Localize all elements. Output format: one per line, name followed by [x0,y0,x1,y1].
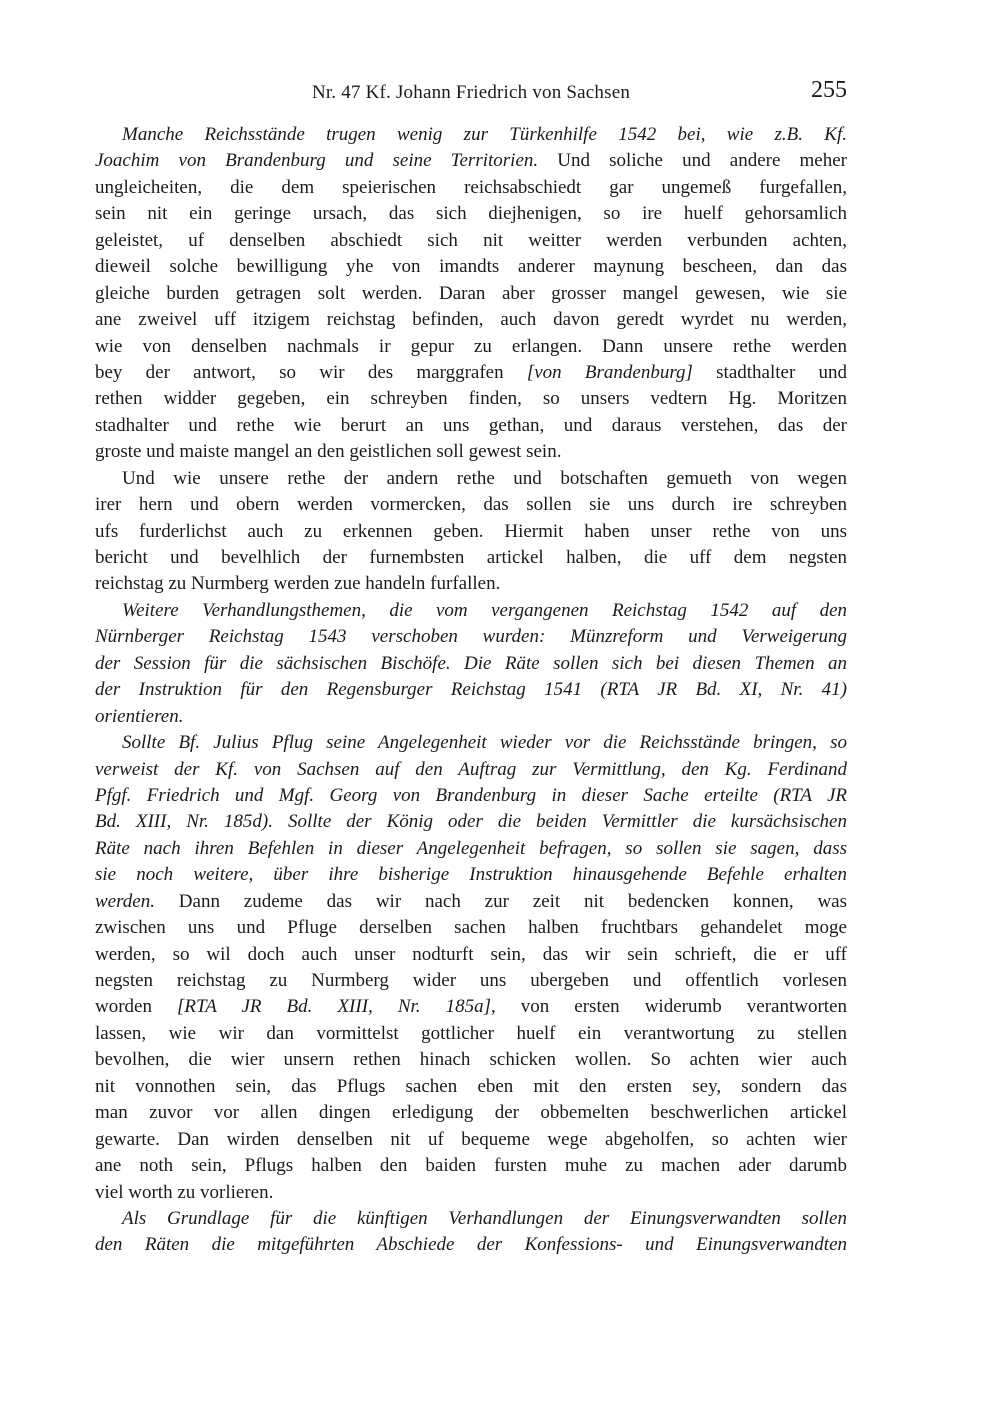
italic-text-segment: werden. [95,891,155,912]
text-line: bericht und bevelhlich der furnembsten a… [95,545,847,571]
text-line: Nürnberger Reichstag 1543 verschoben wur… [95,624,847,650]
roman-text-segment: gleiche burden getragen solt werden. Dar… [95,283,847,304]
text-line: groste und maiste mangel an den geistlic… [95,439,847,465]
roman-text-segment: worden [95,996,177,1017]
text-line: Bd. XIII, Nr. 185d). Sollte der König od… [95,809,847,835]
roman-text-segment: dieweil solche bewilligung yhe von imand… [95,256,847,277]
text-line: nit vonnothen sein, das Pflugs sachen eb… [95,1074,847,1100]
italic-text-segment: Manche Reichsstände trugen wenig zur Tür… [122,124,847,145]
roman-text-segment: sein nit ein geringe ursach, das sich di… [95,203,847,224]
text-line: der Session für die sächsischen Bischöfe… [95,651,847,677]
roman-text-segment: geleistet, uf denselben abschiedt sich n… [95,230,847,251]
text-line: werden. Dann zudeme das wir nach zur zei… [95,889,847,915]
roman-text-segment: Und soliche und andere meher [538,150,847,171]
text-line: Weitere Verhandlungsthemen, die vom verg… [95,598,847,624]
italic-text-segment: der Session für die sächsischen Bischöfe… [95,653,847,674]
italic-text-segment: sie noch weitere, über ihre bisherige In… [95,864,847,885]
text-line: Joachim von Brandenburg und seine Territ… [95,148,847,174]
text-line: sie noch weitere, über ihre bisherige In… [95,862,847,888]
text-line: orientieren. [95,704,847,730]
italic-text-segment: Sollte Bf. Julius Pflug seine Angelegenh… [122,732,847,753]
italic-text-segment: der Instruktion für den Regensburger Rei… [95,679,847,700]
roman-text-segment: negsten reichstag zu Nurmberg wider uns … [95,970,847,991]
text-line: geleistet, uf denselben abschiedt sich n… [95,228,847,254]
italic-text-segment: orientieren. [95,706,183,727]
roman-text-segment: Dann zudeme das wir nach zur zeit nit be… [155,891,847,912]
roman-text-segment: gewarte. Dan wirden denselben nit uf beq… [95,1129,847,1150]
text-line: den Räten die mitgeführten Abschiede der… [95,1232,847,1258]
text-line: stadhalter und rethe wie berurt an uns g… [95,413,847,439]
italic-text-segment: Nürnberger Reichstag 1543 verschoben wur… [95,626,847,647]
roman-text-segment: stadthalter und [693,362,847,383]
italic-text-segment: [von Brandenburg] [527,362,693,383]
paragraph: Als Grundlage für die künftigen Verhandl… [95,1206,847,1259]
text-line: gewarte. Dan wirden denselben nit uf beq… [95,1127,847,1153]
italic-text-segment: den Räten die mitgeführten Abschiede der… [95,1234,847,1255]
roman-text-segment: , von ersten widerumb verantworten [491,996,847,1017]
roman-text-segment: man zuvor vor allen dingen erledigung de… [95,1102,847,1123]
text-line: viel worth zu vorlieren. [95,1180,847,1206]
text-line: rethen widder gegeben, ein schreyben fin… [95,386,847,412]
italic-text-segment: [RTA JR Bd. XIII, Nr. 185a] [177,996,491,1017]
running-header-title: Nr. 47 Kf. Johann Friedrich von Sachsen [95,80,847,106]
roman-text-segment: irer hern und obern werden vormercken, d… [95,494,847,515]
italic-text-segment: Joachim von Brandenburg und seine Territ… [95,150,538,171]
text-line: bey der antwort, so wir des marggrafen [… [95,360,847,386]
roman-text-segment: ufs furderlichst auch zu erkennen geben.… [95,521,847,542]
roman-text-segment: groste und maiste mangel an den geistlic… [95,441,561,462]
roman-text-segment: lassen, wie wir dan vormittelst gottlich… [95,1023,847,1044]
text-line: zwischen uns und Pfluge derselben sachen… [95,915,847,941]
text-line: irer hern und obern werden vormercken, d… [95,492,847,518]
text-line: worden [RTA JR Bd. XIII, Nr. 185a], von … [95,994,847,1020]
text-line: ane noth sein, Pflugs halben den baiden … [95,1153,847,1179]
running-header: Nr. 47 Kf. Johann Friedrich von Sachsen … [95,80,847,110]
roman-text-segment: werden, so wil doch auch unser nodturft … [95,944,847,965]
paragraph: Sollte Bf. Julius Pflug seine Angelegenh… [95,730,847,1206]
italic-text-segment: verweist der Kf. von Sachsen auf den Auf… [95,759,847,780]
text-line: verweist der Kf. von Sachsen auf den Auf… [95,757,847,783]
roman-text-segment: reichstag zu Nurmberg werden zue handeln… [95,573,500,594]
text-line: ufs furderlichst auch zu erkennen geben.… [95,519,847,545]
italic-text-segment: Pfgf. Friedrich und Mgf. Georg von Brand… [95,785,847,806]
text-line: der Instruktion für den Regensburger Rei… [95,677,847,703]
text-line: lassen, wie wir dan vormittelst gottlich… [95,1021,847,1047]
text-line: ungleicheiten, die dem speierischen reic… [95,175,847,201]
text-line: gleiche burden getragen solt werden. Dar… [95,281,847,307]
text-line: dieweil solche bewilligung yhe von imand… [95,254,847,280]
roman-text-segment: bevolhen, die wier unsern rethen hinach … [95,1049,847,1070]
roman-text-segment: bericht und bevelhlich der furnembsten a… [95,547,847,568]
paragraph: Manche Reichsstände trugen wenig zur Tür… [95,122,847,466]
text-line: Räte nach ihren Befehlen in dieser Angel… [95,836,847,862]
paragraph: Weitere Verhandlungsthemen, die vom verg… [95,598,847,730]
roman-text-segment: ane noth sein, Pflugs halben den baiden … [95,1155,847,1176]
text-line: Als Grundlage für die künftigen Verhandl… [95,1206,847,1232]
text-line: reichstag zu Nurmberg werden zue handeln… [95,571,847,597]
page-number: 255 [811,76,847,104]
italic-text-segment: Räte nach ihren Befehlen in dieser Angel… [95,838,847,859]
roman-text-segment: stadhalter und rethe wie berurt an uns g… [95,415,847,436]
text-line: Sollte Bf. Julius Pflug seine Angelegenh… [95,730,847,756]
roman-text-segment: bey der antwort, so wir des marggrafen [95,362,527,383]
text-line: Manche Reichsstände trugen wenig zur Tür… [95,122,847,148]
text-line: Pfgf. Friedrich und Mgf. Georg von Brand… [95,783,847,809]
page-text: Manche Reichsstände trugen wenig zur Tür… [95,122,847,1259]
text-line: man zuvor vor allen dingen erledigung de… [95,1100,847,1126]
book-page: Nr. 47 Kf. Johann Friedrich von Sachsen … [0,0,1004,1418]
text-line: wie von denselben nachmals ir gepur zu e… [95,334,847,360]
text-line: sein nit ein geringe ursach, das sich di… [95,201,847,227]
roman-text-segment: ungleicheiten, die dem speierischen reic… [95,177,847,198]
text-line: ane zweivel uff itzigem reichstag befind… [95,307,847,333]
roman-text-segment: wie von denselben nachmals ir gepur zu e… [95,336,847,357]
roman-text-segment: rethen widder gegeben, ein schreyben fin… [95,388,847,409]
roman-text-segment: nit vonnothen sein, das Pflugs sachen eb… [95,1076,847,1097]
roman-text-segment: Und wie unsere rethe der andern rethe un… [122,468,847,489]
italic-text-segment: Bd. XIII, Nr. 185d). Sollte der König od… [95,811,847,832]
italic-text-segment: Als Grundlage für die künftigen Verhandl… [122,1208,847,1229]
roman-text-segment: zwischen uns und Pfluge derselben sachen… [95,917,847,938]
paragraph: Und wie unsere rethe der andern rethe un… [95,466,847,598]
text-line: bevolhen, die wier unsern rethen hinach … [95,1047,847,1073]
text-line: werden, so wil doch auch unser nodturft … [95,942,847,968]
roman-text-segment: ane zweivel uff itzigem reichstag befind… [95,309,847,330]
italic-text-segment: Weitere Verhandlungsthemen, die vom verg… [122,600,847,621]
text-line: Und wie unsere rethe der andern rethe un… [95,466,847,492]
text-line: negsten reichstag zu Nurmberg wider uns … [95,968,847,994]
roman-text-segment: viel worth zu vorlieren. [95,1182,273,1203]
